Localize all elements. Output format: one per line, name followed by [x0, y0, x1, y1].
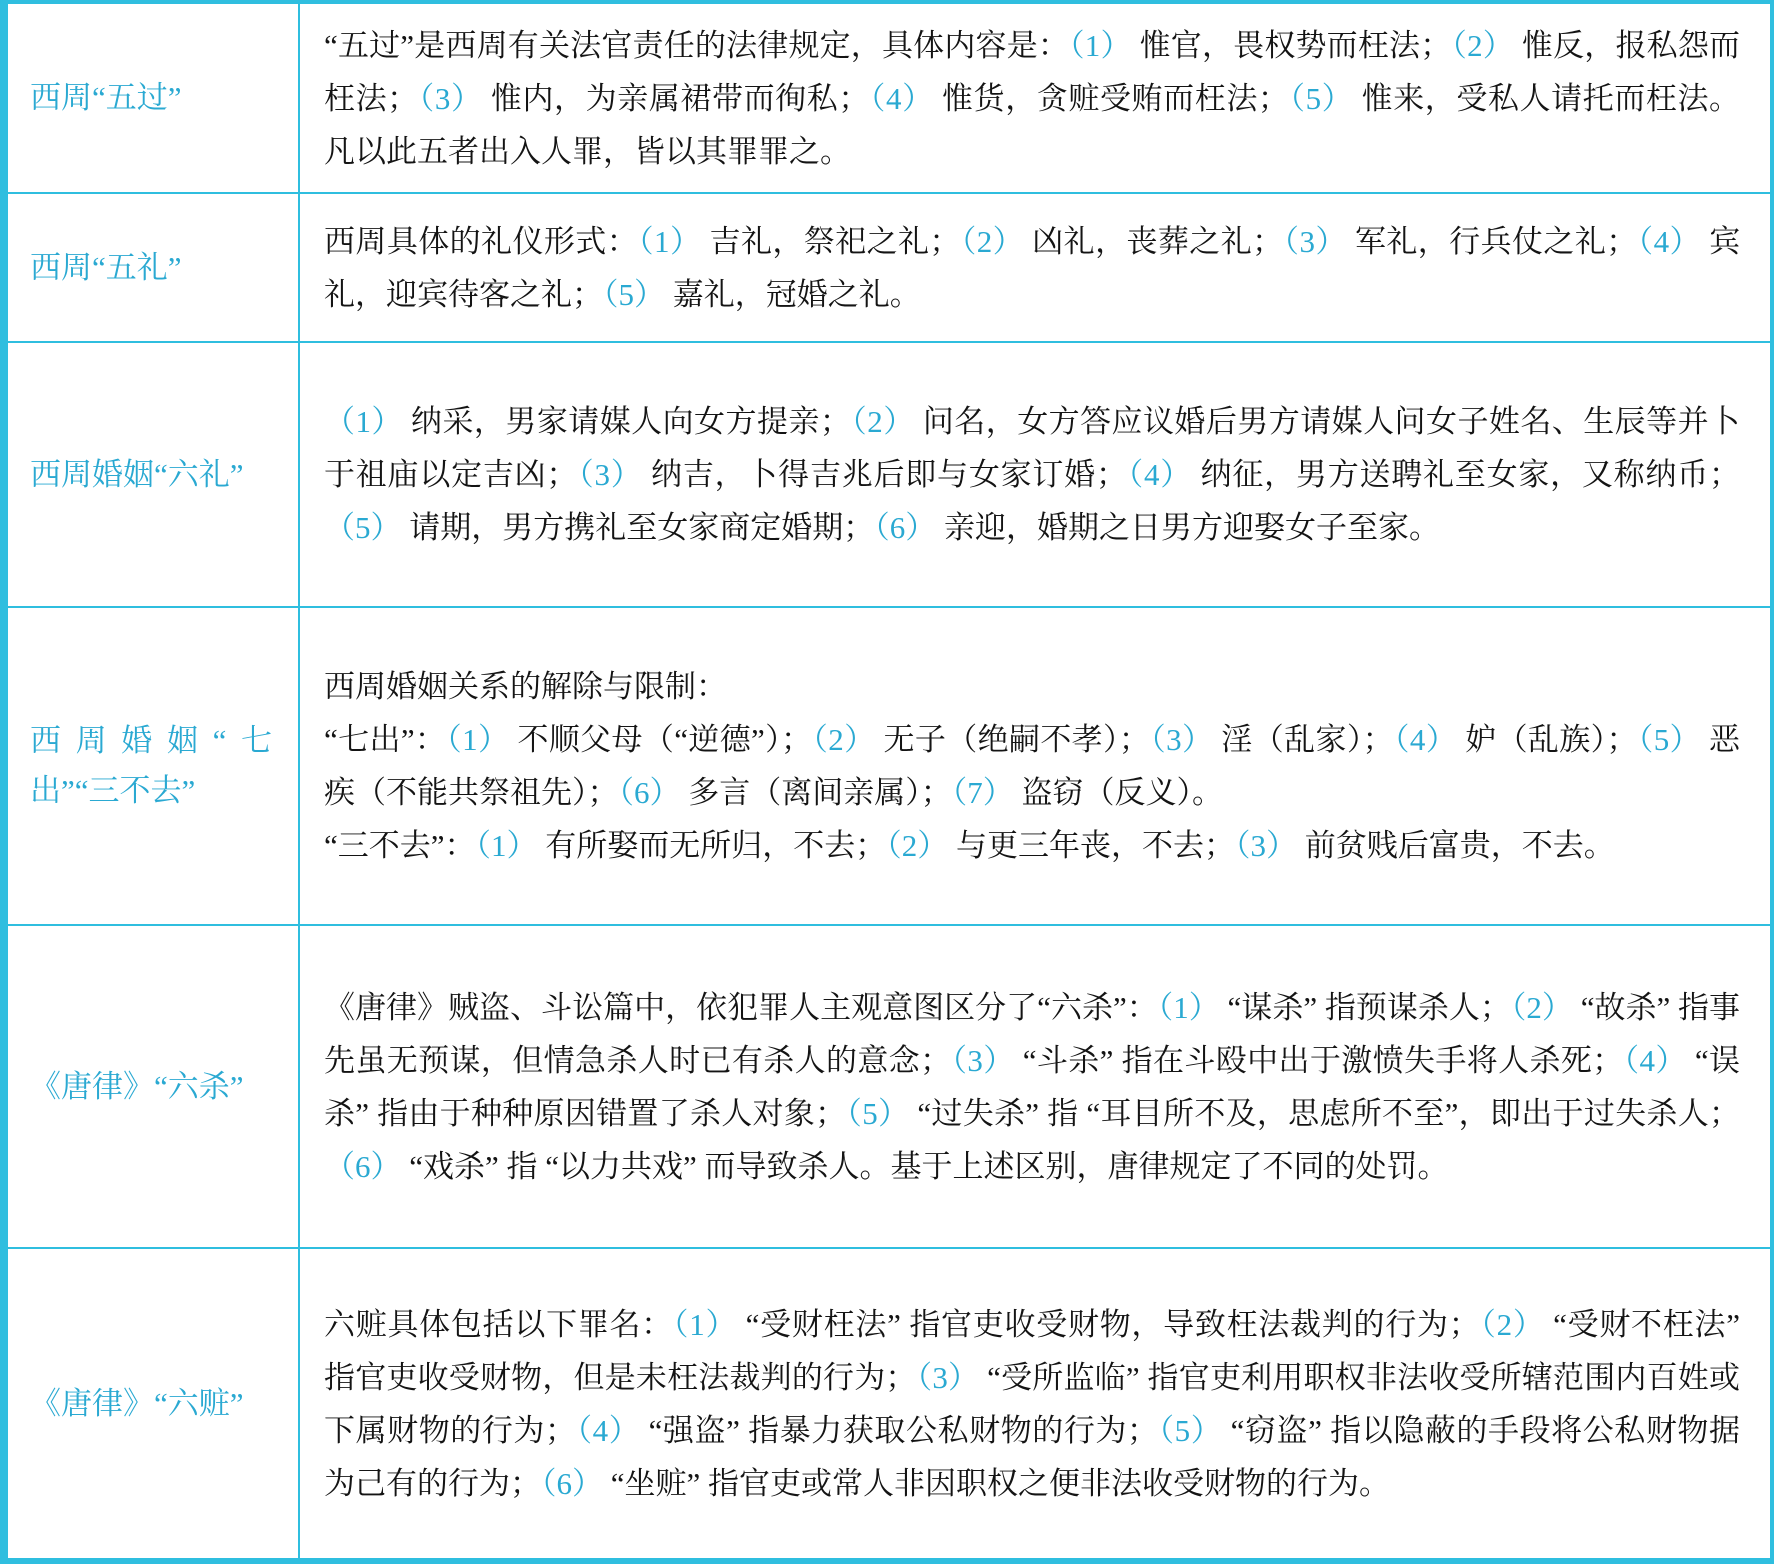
- item-number: （4）: [576, 1413, 640, 1448]
- item-number: （2）: [1511, 990, 1573, 1025]
- term-label: 西周“五过”: [30, 73, 272, 123]
- item-number: （3）: [577, 457, 642, 492]
- item-number: （6）: [619, 775, 681, 810]
- item-number: （2）: [960, 224, 1024, 259]
- item-number: （3）: [418, 81, 482, 116]
- term-label: 西周婚姻“六礼”: [30, 450, 272, 500]
- item-number: （4）: [1394, 722, 1457, 757]
- item-number: （2）: [812, 722, 875, 757]
- item-number: （3）: [1283, 224, 1347, 259]
- item-number: （3）: [916, 1360, 979, 1395]
- item-number: （5）: [1289, 81, 1353, 116]
- item-number: （3）: [951, 1043, 1015, 1078]
- item-number: （3）: [1235, 828, 1297, 863]
- description-paragraph: “七出”：（1） 不顺父母（“逆德”）；（2） 无子（绝嗣不孝）；（3） 淫（乱…: [324, 713, 1740, 819]
- item-number: （4）: [1637, 224, 1701, 259]
- description-cell: 《唐律》贼盗、斗讼篇中，依犯罪人主观意图区分了“六杀”：（1） “谋杀” 指预谋…: [300, 926, 1770, 1247]
- item-number: （4）: [1127, 457, 1192, 492]
- term-label: 西周婚姻“七出”“三不去”: [30, 716, 272, 816]
- table-row: 《唐律》“六杀”《唐律》贼盗、斗讼篇中，依犯罪人主观意图区分了“六杀”：（1） …: [8, 924, 1770, 1247]
- term-label: 《唐律》“六赃”: [30, 1379, 272, 1429]
- item-number: （1）: [446, 722, 509, 757]
- item-number: （2）: [1480, 1307, 1545, 1342]
- table-row: 西周“五过”“五过”是西周有关法官责任的法律规定，具体内容是：（1） 惟官，畏权…: [8, 4, 1770, 192]
- item-number: （1）: [673, 1307, 737, 1342]
- description-paragraph: 西周婚姻关系的解除与限制：: [324, 660, 1740, 713]
- item-number: （2）: [886, 828, 948, 863]
- item-number: （6）: [541, 1466, 603, 1501]
- term-label: 《唐律》“六杀”: [30, 1062, 272, 1112]
- term-cell: 西周婚姻“七出”“三不去”: [8, 608, 300, 924]
- description-cell: 六赃具体包括以下罪名：（1） “受财枉法” 指官吏收受财物，导致枉法裁判的行为；…: [300, 1249, 1770, 1558]
- description-paragraph: “五过”是西周有关法官责任的法律规定，具体内容是：（1） 惟官，畏权势而枉法；（…: [324, 19, 1740, 178]
- item-number: （2）: [1451, 28, 1514, 63]
- item-number: （1）: [1158, 990, 1220, 1025]
- item-number: （4）: [869, 81, 933, 116]
- item-number: （6）: [324, 1149, 402, 1184]
- item-number: （3）: [1150, 722, 1213, 757]
- item-number: （7）: [952, 775, 1014, 810]
- item-number: （5）: [1158, 1413, 1222, 1448]
- table-row: 《唐律》“六赃”六赃具体包括以下罪名：（1） “受财枉法” 指官吏收受财物，导致…: [8, 1247, 1770, 1558]
- description-paragraph: 西周具体的礼仪形式：（1） 吉礼，祭祀之礼；（2） 凶礼，丧葬之礼；（3） 军礼…: [324, 215, 1740, 321]
- table-row: 西周婚姻“七出”“三不去”西周婚姻关系的解除与限制：“七出”：（1） 不顺父母（…: [8, 606, 1770, 924]
- item-number: （5）: [324, 510, 402, 545]
- item-number: （1）: [476, 828, 538, 863]
- item-number: （5）: [846, 1096, 909, 1131]
- description-paragraph: 《唐律》贼盗、斗讼篇中，依犯罪人主观意图区分了“六杀”：（1） “谋杀” 指预谋…: [324, 981, 1740, 1193]
- description-paragraph: （1） 纳采，男家请媒人向女方提亲；（2） 问名，女方答应议婚后男方请媒人问女子…: [324, 395, 1740, 554]
- item-number: （1）: [1069, 28, 1132, 63]
- description-cell: 西周婚姻关系的解除与限制：“七出”：（1） 不顺父母（“逆德”）；（2） 无子（…: [300, 608, 1770, 924]
- item-number: （5）: [603, 277, 665, 312]
- description-paragraph: “三不去”：（1） 有所娶而无所归，不去；（2） 与更三年丧，不去；（3） 前贫…: [324, 819, 1740, 872]
- term-cell: 西周婚姻“六礼”: [8, 343, 300, 606]
- term-cell: 《唐律》“六杀”: [8, 926, 300, 1247]
- table-row: 西周婚姻“六礼”（1） 纳采，男家请媒人向女方提亲；（2） 问名，女方答应议婚后…: [8, 341, 1770, 606]
- item-number: （5）: [1637, 722, 1700, 757]
- item-number: （1）: [324, 404, 403, 439]
- item-number: （4）: [1623, 1043, 1687, 1078]
- term-cell: 《唐律》“六赃”: [8, 1249, 300, 1558]
- table-row: 西周“五礼”西周具体的礼仪形式：（1） 吉礼，祭祀之礼；（2） 凶礼，丧葬之礼；…: [8, 192, 1770, 341]
- term-label: 西周“五礼”: [30, 243, 272, 293]
- term-cell: 西周“五礼”: [8, 194, 300, 341]
- description-cell: “五过”是西周有关法官责任的法律规定，具体内容是：（1） 惟官，畏权势而枉法；（…: [300, 4, 1770, 192]
- terms-table: 西周“五过”“五过”是西周有关法官责任的法律规定，具体内容是：（1） 惟官，畏权…: [0, 0, 1774, 1564]
- item-number: （6）: [874, 510, 936, 545]
- description-paragraph: 六赃具体包括以下罪名：（1） “受财枉法” 指官吏收受财物，导致枉法裁判的行为；…: [324, 1298, 1740, 1510]
- term-cell: 西周“五过”: [8, 4, 300, 192]
- description-cell: （1） 纳采，男家请媒人向女方提亲；（2） 问名，女方答应议婚后男方请媒人问女子…: [300, 343, 1770, 606]
- item-number: （2）: [851, 404, 915, 439]
- description-cell: 西周具体的礼仪形式：（1） 吉礼，祭祀之礼；（2） 凶礼，丧葬之礼；（3） 军礼…: [300, 194, 1770, 341]
- item-number: （1）: [638, 224, 701, 259]
